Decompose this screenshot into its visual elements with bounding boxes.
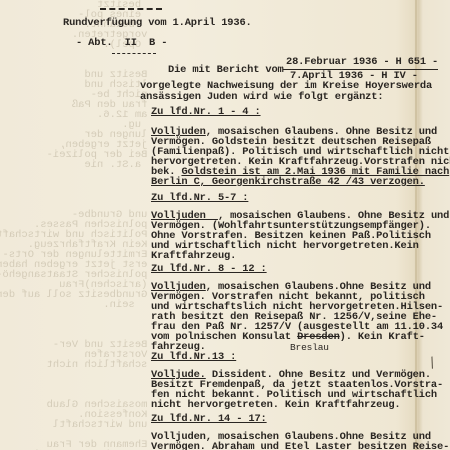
bleed-through-text: besitzt eines pol- bekannt. vorgetreten.… (0, 0, 160, 450)
section-heading-8-12: Zu lfd.Nr. 8 - 12 : (151, 264, 267, 274)
reference-line-2: vorgelegte Nachweisung der im Kreise Hoy… (140, 81, 432, 91)
section-4-line: nicht hervorgetreten. Kein Kraftfahrzeug… (151, 400, 401, 410)
reference-intro: Die mit Bericht vom (168, 65, 284, 75)
document-title: Rundverfügung vom 1.April 1936. (63, 18, 252, 28)
section-heading-13: Zu lfd.Nr.13 : (151, 352, 236, 362)
section-heading-5-7: Zu lfd.Nr. 5-7 : (151, 193, 248, 203)
header-top-rule (100, 8, 162, 10)
section-2-line: Kraftfahrzeug. (151, 251, 236, 261)
report-line-1: 28.Februar 1936 - H 651 - (286, 57, 438, 67)
reference-line-3: ansässigen Juden wird wie folgt ergänzt: (140, 92, 383, 102)
section-heading-14-17: Zu lfd.Nr. 14 - 17: (151, 414, 267, 424)
header-bottom-rule (112, 53, 156, 54)
section-1-line: Berlin C, Georgenkirchstraße 42 /43 verz… (151, 177, 425, 187)
section-heading-1-4: Zu lfd.Nr. 1 - 4 : (151, 107, 261, 117)
section-5-line: Vermögen. Abraham und Etel Laster besitz… (151, 442, 449, 450)
department-label: - Abt. II B - (76, 38, 167, 48)
handwritten-correction: Breslau (290, 343, 329, 353)
